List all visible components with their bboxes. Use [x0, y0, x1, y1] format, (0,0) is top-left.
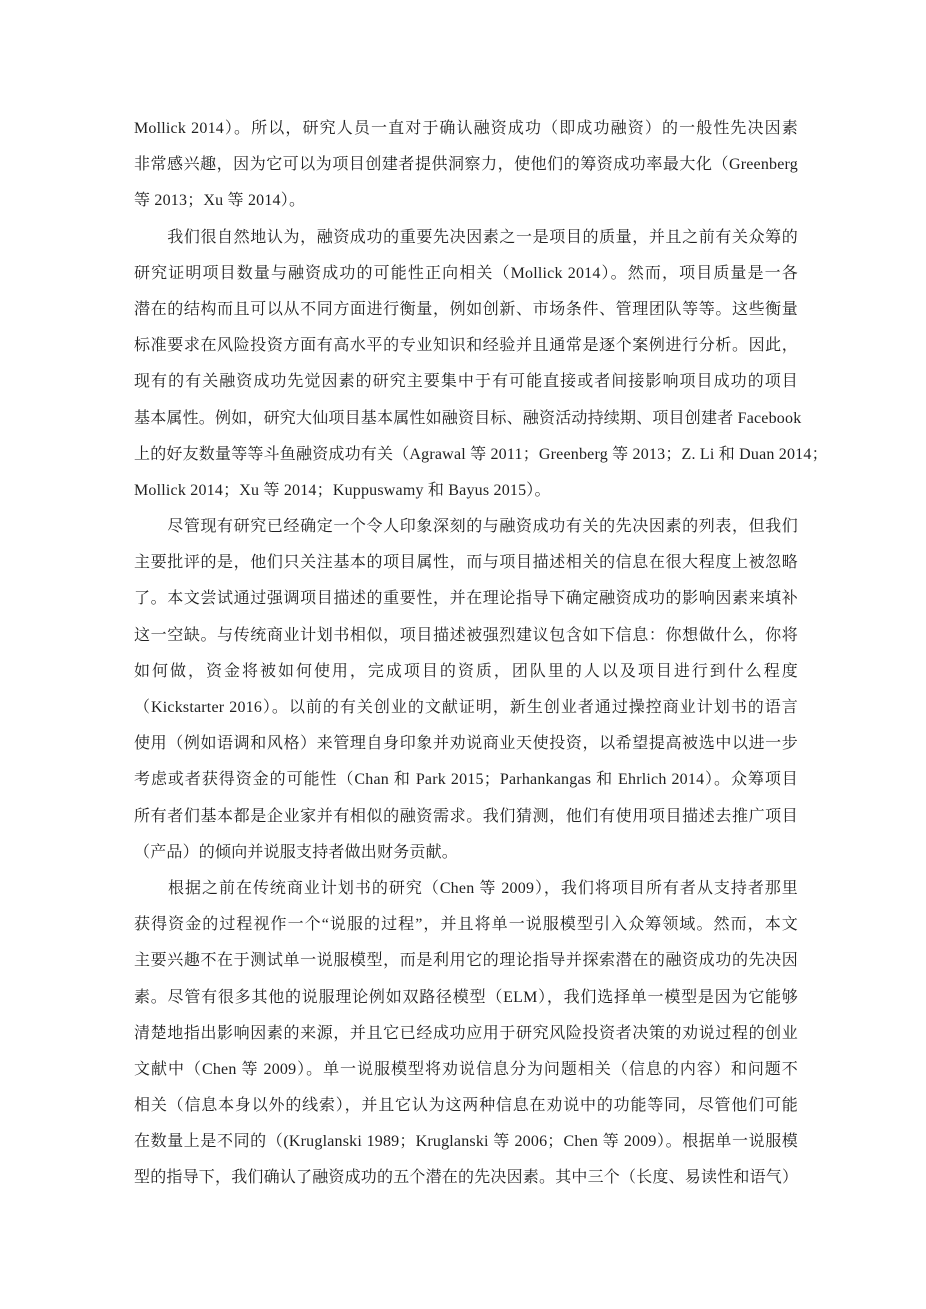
text-line: 型的指导下，我们确认了融资成功的五个潜在的先决因素。其中三个（长度、易读性和语气…	[134, 1160, 798, 1196]
text-line: 研究证明项目数量与融资成功的可能性正向相关（Mollick 2014）。然而，项…	[134, 256, 798, 292]
text-line: 主要兴趣不在于测试单一说服模型，而是利用它的理论指导并探索潜在的融资成功的先决因	[134, 943, 798, 979]
text-line: 素。尽管有很多其他的说服理论例如双路径模型（ELM），我们选择单一模型是因为它能…	[134, 980, 798, 1016]
text-line: 在数量上是不同的（(Kruglanski 1989；Kruglanski 等 2…	[134, 1124, 798, 1160]
text-line: 了。本文尝试通过强调项目描述的重要性，并在理论指导下确定融资成功的影响因素来填补	[134, 581, 798, 617]
text-line: 等 2013；Xu 等 2014）。	[134, 183, 798, 219]
text-line: （产品）的倾向并说服支持者做出财务贡献。	[134, 835, 798, 871]
text-line: 文献中（Chen 等 2009）。单一说服模型将劝说信息分为问题相关（信息的内容…	[134, 1052, 798, 1088]
text-line: （Kickstarter 2016）。以前的有关创业的文献证明，新生创业者通过操…	[134, 690, 798, 726]
text-line: 潜在的结构而且可以从不同方面进行衡量，例如创新、市场条件、管理团队等等。这些衡量	[134, 292, 798, 328]
text-line: 标准要求在风险投资方面有高水平的专业知识和经验并且通常是逐个案例进行分析。因此，	[134, 328, 798, 364]
text-line: Mollick 2014）。所以，研究人员一直对于确认融资成功（即成功融资）的一…	[134, 111, 798, 147]
document-page: Mollick 2014）。所以，研究人员一直对于确认融资成功（即成功融资）的一…	[0, 0, 926, 1309]
text-line: 我们很自然地认为，融资成功的重要先决因素之一是项目的质量，并且之前有关众筹的	[134, 220, 798, 256]
text-line: 尽管现有研究已经确定一个令人印象深刻的与融资成功有关的先决因素的列表，但我们	[134, 509, 798, 545]
text-line: 非常感兴趣，因为它可以为项目创建者提供洞察力，使他们的筹资成功率最大化（Gree…	[134, 147, 798, 183]
text-line: Mollick 2014；Xu 等 2014；Kuppuswamy 和 Bayu…	[134, 473, 798, 509]
text-line: 基本属性。例如，研究大仙项目基本属性如融资目标、融资活动持续期、项目创建者 Fa…	[134, 401, 798, 437]
text-line: 相关（信息本身以外的线索），并且它认为这两种信息在劝说中的功能等同，尽管他们可能	[134, 1088, 798, 1124]
text-line: 现有的有关融资成功先觉因素的研究主要集中于有可能直接或者间接影响项目成功的项目	[134, 364, 798, 400]
document-body-text: Mollick 2014）。所以，研究人员一直对于确认融资成功（即成功融资）的一…	[134, 111, 798, 1197]
text-line: 这一空缺。与传统商业计划书相似，项目描述被强烈建议包含如下信息：你想做什么，你将	[134, 618, 798, 654]
text-line: 清楚地指出影响因素的来源，并且它已经成功应用于研究风险投资者决策的劝说过程的创业	[134, 1016, 798, 1052]
text-line: 主要批评的是，他们只关注基本的项目属性，而与项目描述相关的信息在很大程度上被忽略	[134, 545, 798, 581]
text-line: 根据之前在传统商业计划书的研究（Chen 等 2009），我们将项目所有者从支持…	[134, 871, 798, 907]
text-line: 考虑或者获得资金的可能性（Chan 和 Park 2015；Parhankang…	[134, 762, 798, 798]
text-line: 如何做，资金将被如何使用，完成项目的资质，团队里的人以及项目进行到什么程度	[134, 654, 798, 690]
text-line: 上的好友数量等等斗鱼融资成功有关（Agrawal 等 2011；Greenber…	[134, 437, 798, 473]
text-line: 获得资金的过程视作一个“说服的过程”，并且将单一说服模型引入众筹领域。然而，本文	[134, 907, 798, 943]
text-line: 使用（例如语调和风格）来管理自身印象并劝说商业天使投资，以希望提高被选中以进一步	[134, 726, 798, 762]
text-line: 所有者们基本都是企业家并有相似的融资需求。我们猜测，他们有使用项目描述去推广项目	[134, 799, 798, 835]
